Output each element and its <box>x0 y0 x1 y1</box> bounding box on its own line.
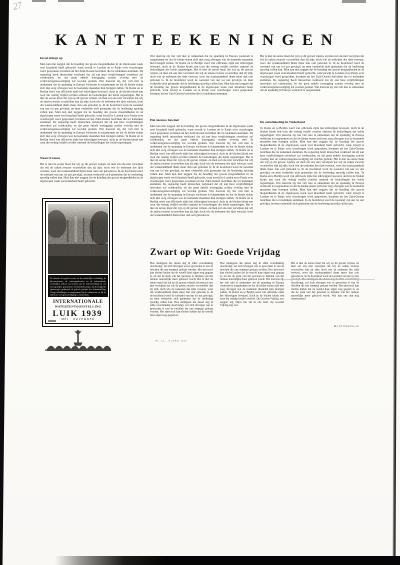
scanned-newspaper-page: { "page": { "masthead": "KANTTEEKENINGEN… <box>0 0 400 565</box>
scan-smudge <box>58 0 84 2</box>
column-2: Wat daarvan zij, het valt niet te ontken… <box>150 55 253 248</box>
article-columns: Hoe menigeen die dezen dag in stille ove… <box>150 262 366 332</box>
column-1-paragraph-2: Het is niet de eerste maal dat wij op di… <box>40 163 143 193</box>
scan-edge-left <box>0 0 9 565</box>
scan-smudge <box>32 0 46 2</box>
column-2-heading: Het nieuwe bewind <box>150 118 253 124</box>
scan-edge-bottom <box>55 556 400 565</box>
article-column-c: Het is niet de eerste maal dat wij op di… <box>291 262 359 332</box>
article-column-b: Hoe menigeen die dezen dag in stille ove… <box>220 262 284 332</box>
column-3: Het is niet de eerste maal dat wij op di… <box>260 55 364 248</box>
column-1-heading-2: Naast Franco <box>40 156 143 162</box>
ad-inner-frame: De attractie der groote feesten en der n… <box>45 201 110 324</box>
scan-fold-line <box>283 279 375 280</box>
article-headline: Zwart op Wit: Goede Vrijdag <box>150 248 366 258</box>
ad-text-box-lines: De attractie der groote feesten en der n… <box>50 277 106 296</box>
scan-smudge <box>342 0 366 3</box>
column-2-paragraph-1: Wat daarvan zij, het valt niet te ontken… <box>150 55 253 117</box>
fountain-emblem <box>45 329 111 351</box>
column-3-heading: De ontwikkeling in Nederland <box>260 120 364 126</box>
article-column-a: Hoe menigeen die dezen dag in stille ove… <box>150 262 213 332</box>
column-3-paragraph-2: Te Rome en te Berlijn werd van officieel… <box>260 127 364 248</box>
column-2-paragraph-2: Men kan niet zeggen dat de houding der g… <box>150 125 253 248</box>
footer-imprint: No. 14 — 8 APRIL 1939 <box>136 340 206 344</box>
advertisement-liege-1939: De attractie der groote feesten en der n… <box>42 198 113 351</box>
article-column-c-text: Het is niet de eerste maal dat wij op di… <box>291 262 359 324</box>
article-signature: Kantteekenaar <box>291 325 359 329</box>
ad-outer-frame: De attractie der groote feesten en der n… <box>42 198 113 327</box>
scan-edge-right <box>393 0 398 565</box>
masthead-title: KANTTEEKENINGEN <box>55 32 340 50</box>
exposition-crowd-photo <box>48 204 108 274</box>
ad-line-mei-november: MEI · NOVEMBER <box>48 318 108 322</box>
article-zwart-op-wit: Zwart op Wit: Goede Vrijdag Hoe menigeen… <box>150 248 366 332</box>
column-3-paragraph-1: Het is niet de eerste maal dat wij op di… <box>260 55 364 119</box>
ad-line-luik-1939: LUIK 1939 <box>48 309 108 318</box>
column-1-paragraph-1: Men kan niet zeggen dat de houding der g… <box>40 63 143 155</box>
pencil-scribble: 27 <box>12 0 23 12</box>
ad-printer-mark <box>48 320 56 322</box>
column-1-heading-1: Inval dringt op <box>40 56 143 62</box>
ad-text-box: De attractie der groote feesten en der n… <box>48 275 108 297</box>
column-1: Inval dringt op Men kan niet zeggen dat … <box>40 55 143 351</box>
